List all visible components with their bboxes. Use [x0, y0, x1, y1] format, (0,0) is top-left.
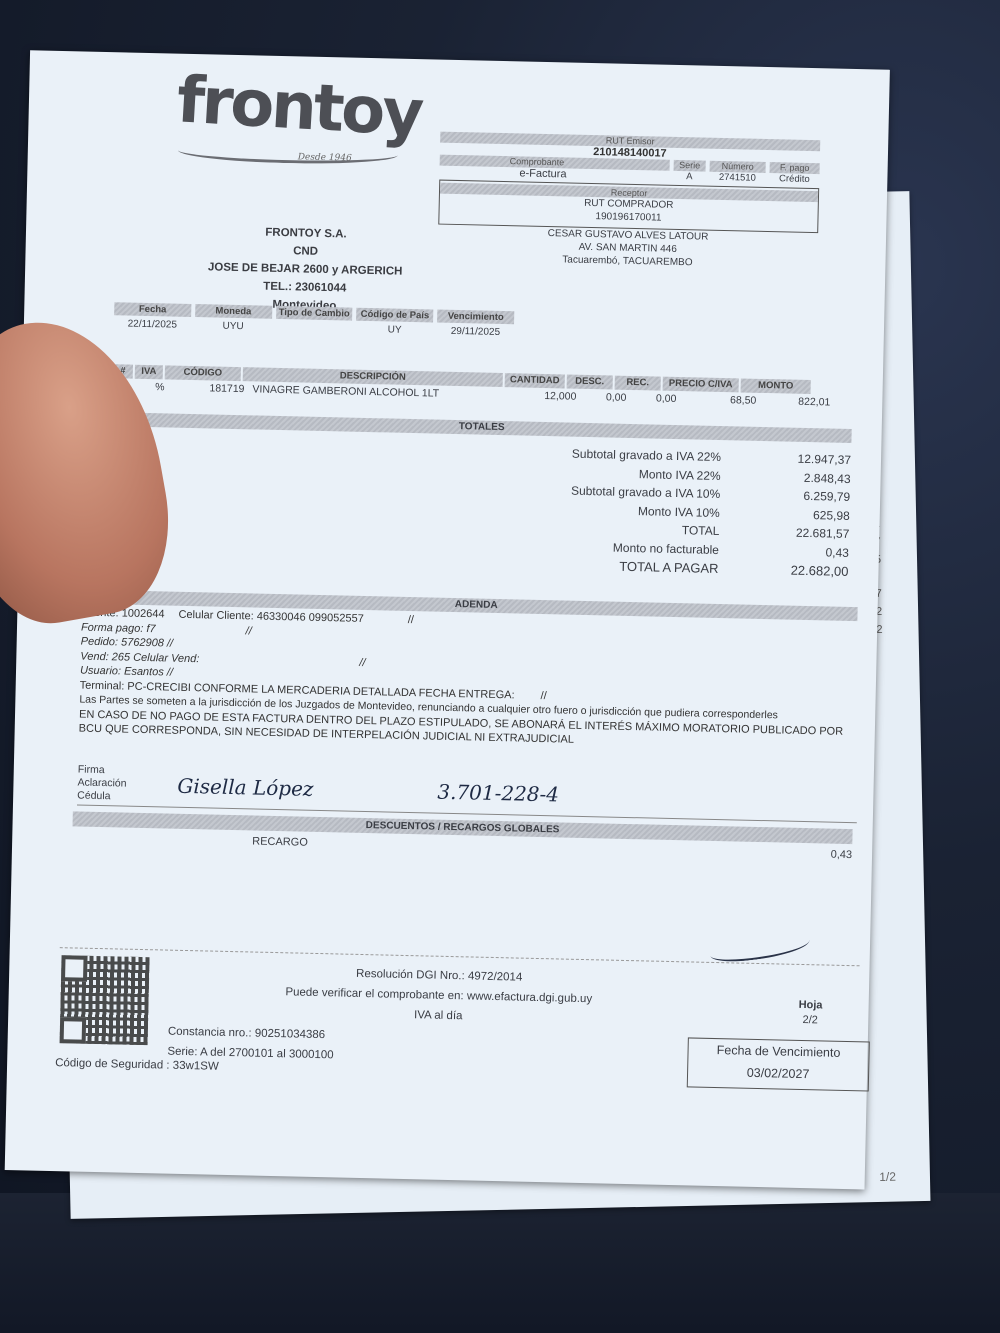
line-items-table: # IVA CÓDIGO DESCRIPCIÓN CANTIDAD DESC. …: [112, 364, 852, 409]
meta-moneda: Moneda UYU: [195, 304, 272, 333]
logo-swoosh: [178, 140, 398, 166]
adenda-separator: //: [408, 613, 414, 628]
recargo-value: 0,43: [831, 849, 853, 861]
fpago: Crédito: [769, 173, 819, 185]
meta-vencimiento: Vencimiento 29/11/2025: [437, 310, 514, 339]
invoice-meta: Fecha 22/11/2025 Moneda UYU Tipo de Camb…: [114, 302, 515, 338]
meta-tipo-cambio: Tipo de Cambio: [275, 306, 352, 335]
item-iva: %: [136, 381, 168, 394]
adenda-separator: //: [245, 624, 251, 639]
meta-value: [276, 322, 353, 324]
handwritten-cedula: 3.701-228-4: [437, 786, 559, 802]
meta-value: UY: [356, 324, 433, 337]
meta-value: UYU: [195, 320, 272, 333]
adenda-forma-pago: Forma pago: f7: [81, 620, 156, 636]
item-rec: 0,00: [630, 392, 680, 405]
total-value: 625,98: [740, 506, 850, 527]
totals-block: Subtotal gravado a IVA 22%12.947,37 Mont…: [518, 445, 851, 582]
total-value: 0,43: [739, 543, 849, 564]
col-codigo: CÓDIGO: [165, 365, 241, 381]
signature-scribble: [709, 931, 811, 965]
total-value: 22.682,00: [738, 561, 848, 582]
meta-value: 29/11/2025: [437, 326, 514, 339]
item-precio: 68,50: [680, 393, 760, 407]
vencimiento-value: 03/02/2027: [688, 1060, 868, 1086]
serie: A: [673, 171, 705, 183]
meta-label: Tipo de Cambio: [276, 306, 353, 321]
hoja-label: Hoja: [798, 998, 822, 1014]
codigo-seguridad: Código de Seguridad : 33w1SW: [55, 1057, 219, 1073]
totales-header: TOTALES: [112, 412, 852, 443]
col-desc: DESC.: [567, 375, 613, 390]
constancia-block: Constancia nro.: 90251034386 Serie: A de…: [167, 1022, 334, 1066]
col-monto: MONTO: [741, 378, 811, 394]
item-monto: 822,01: [760, 395, 834, 409]
col-precio: PRECIO C/IVA: [663, 377, 739, 393]
total-value: 2.848,43: [740, 469, 850, 490]
total-value: 12.947,37: [741, 450, 851, 471]
meta-codigo-pais: Código de País UY: [356, 308, 433, 337]
meta-label: Código de País: [356, 308, 433, 323]
item-cantidad: 12,000: [516, 389, 580, 402]
meta-label: Vencimiento: [437, 310, 514, 325]
col-rec: REC.: [615, 376, 661, 391]
item-desc: 0,00: [580, 391, 630, 404]
recargo-label: RECARGO: [252, 835, 308, 848]
adenda-separator: //: [540, 688, 546, 703]
meta-label: Moneda: [195, 304, 272, 319]
document-header: RUT Emisor 210148140017 Comprobante e-Fa…: [437, 132, 820, 273]
meta-label: Fecha: [114, 302, 191, 317]
item-codigo: 181719: [168, 381, 248, 395]
col-cantidad: CANTIDAD: [505, 373, 565, 388]
meta-fecha: Fecha 22/11/2025: [114, 302, 191, 331]
footer-dgi: Resolución DGI Nro.: 4972/2014 Puede ver…: [248, 961, 629, 1030]
logo-tagline: Desde 1946: [298, 152, 352, 163]
page-indicator: 1/2: [879, 1170, 896, 1184]
qr-code: [60, 955, 150, 1045]
hoja-block: Hoja 2/2: [798, 998, 823, 1029]
fecha-vencimiento-box: Fecha de Vencimiento 03/02/2027: [687, 1037, 870, 1091]
total-label: TOTAL A PAGAR: [518, 556, 718, 579]
total-value: 6.259,79: [740, 487, 850, 508]
numero: 2741510: [709, 172, 765, 184]
col-iva: IVA: [135, 365, 163, 380]
meta-value: 22/11/2025: [114, 318, 191, 331]
issuer-block: FRONTOY S.A. CND JOSE DE BEJAR 2600 y AR…: [174, 222, 436, 318]
frontoy-logo: frontoy: [175, 63, 423, 151]
hoja-number: 2/2: [798, 1013, 822, 1029]
invoice-page-2: frontoy Desde 1946 FRONTOY S.A. CND JOSE…: [5, 50, 890, 1189]
adenda-block: Cliente: 1002644Celular Cliente: 4633004…: [79, 606, 872, 754]
adenda-separator: //: [359, 655, 365, 670]
handwritten-name: Gisella López: [177, 780, 313, 796]
total-value: 22.681,57: [739, 524, 849, 545]
serie-label: Serie: [674, 160, 706, 172]
